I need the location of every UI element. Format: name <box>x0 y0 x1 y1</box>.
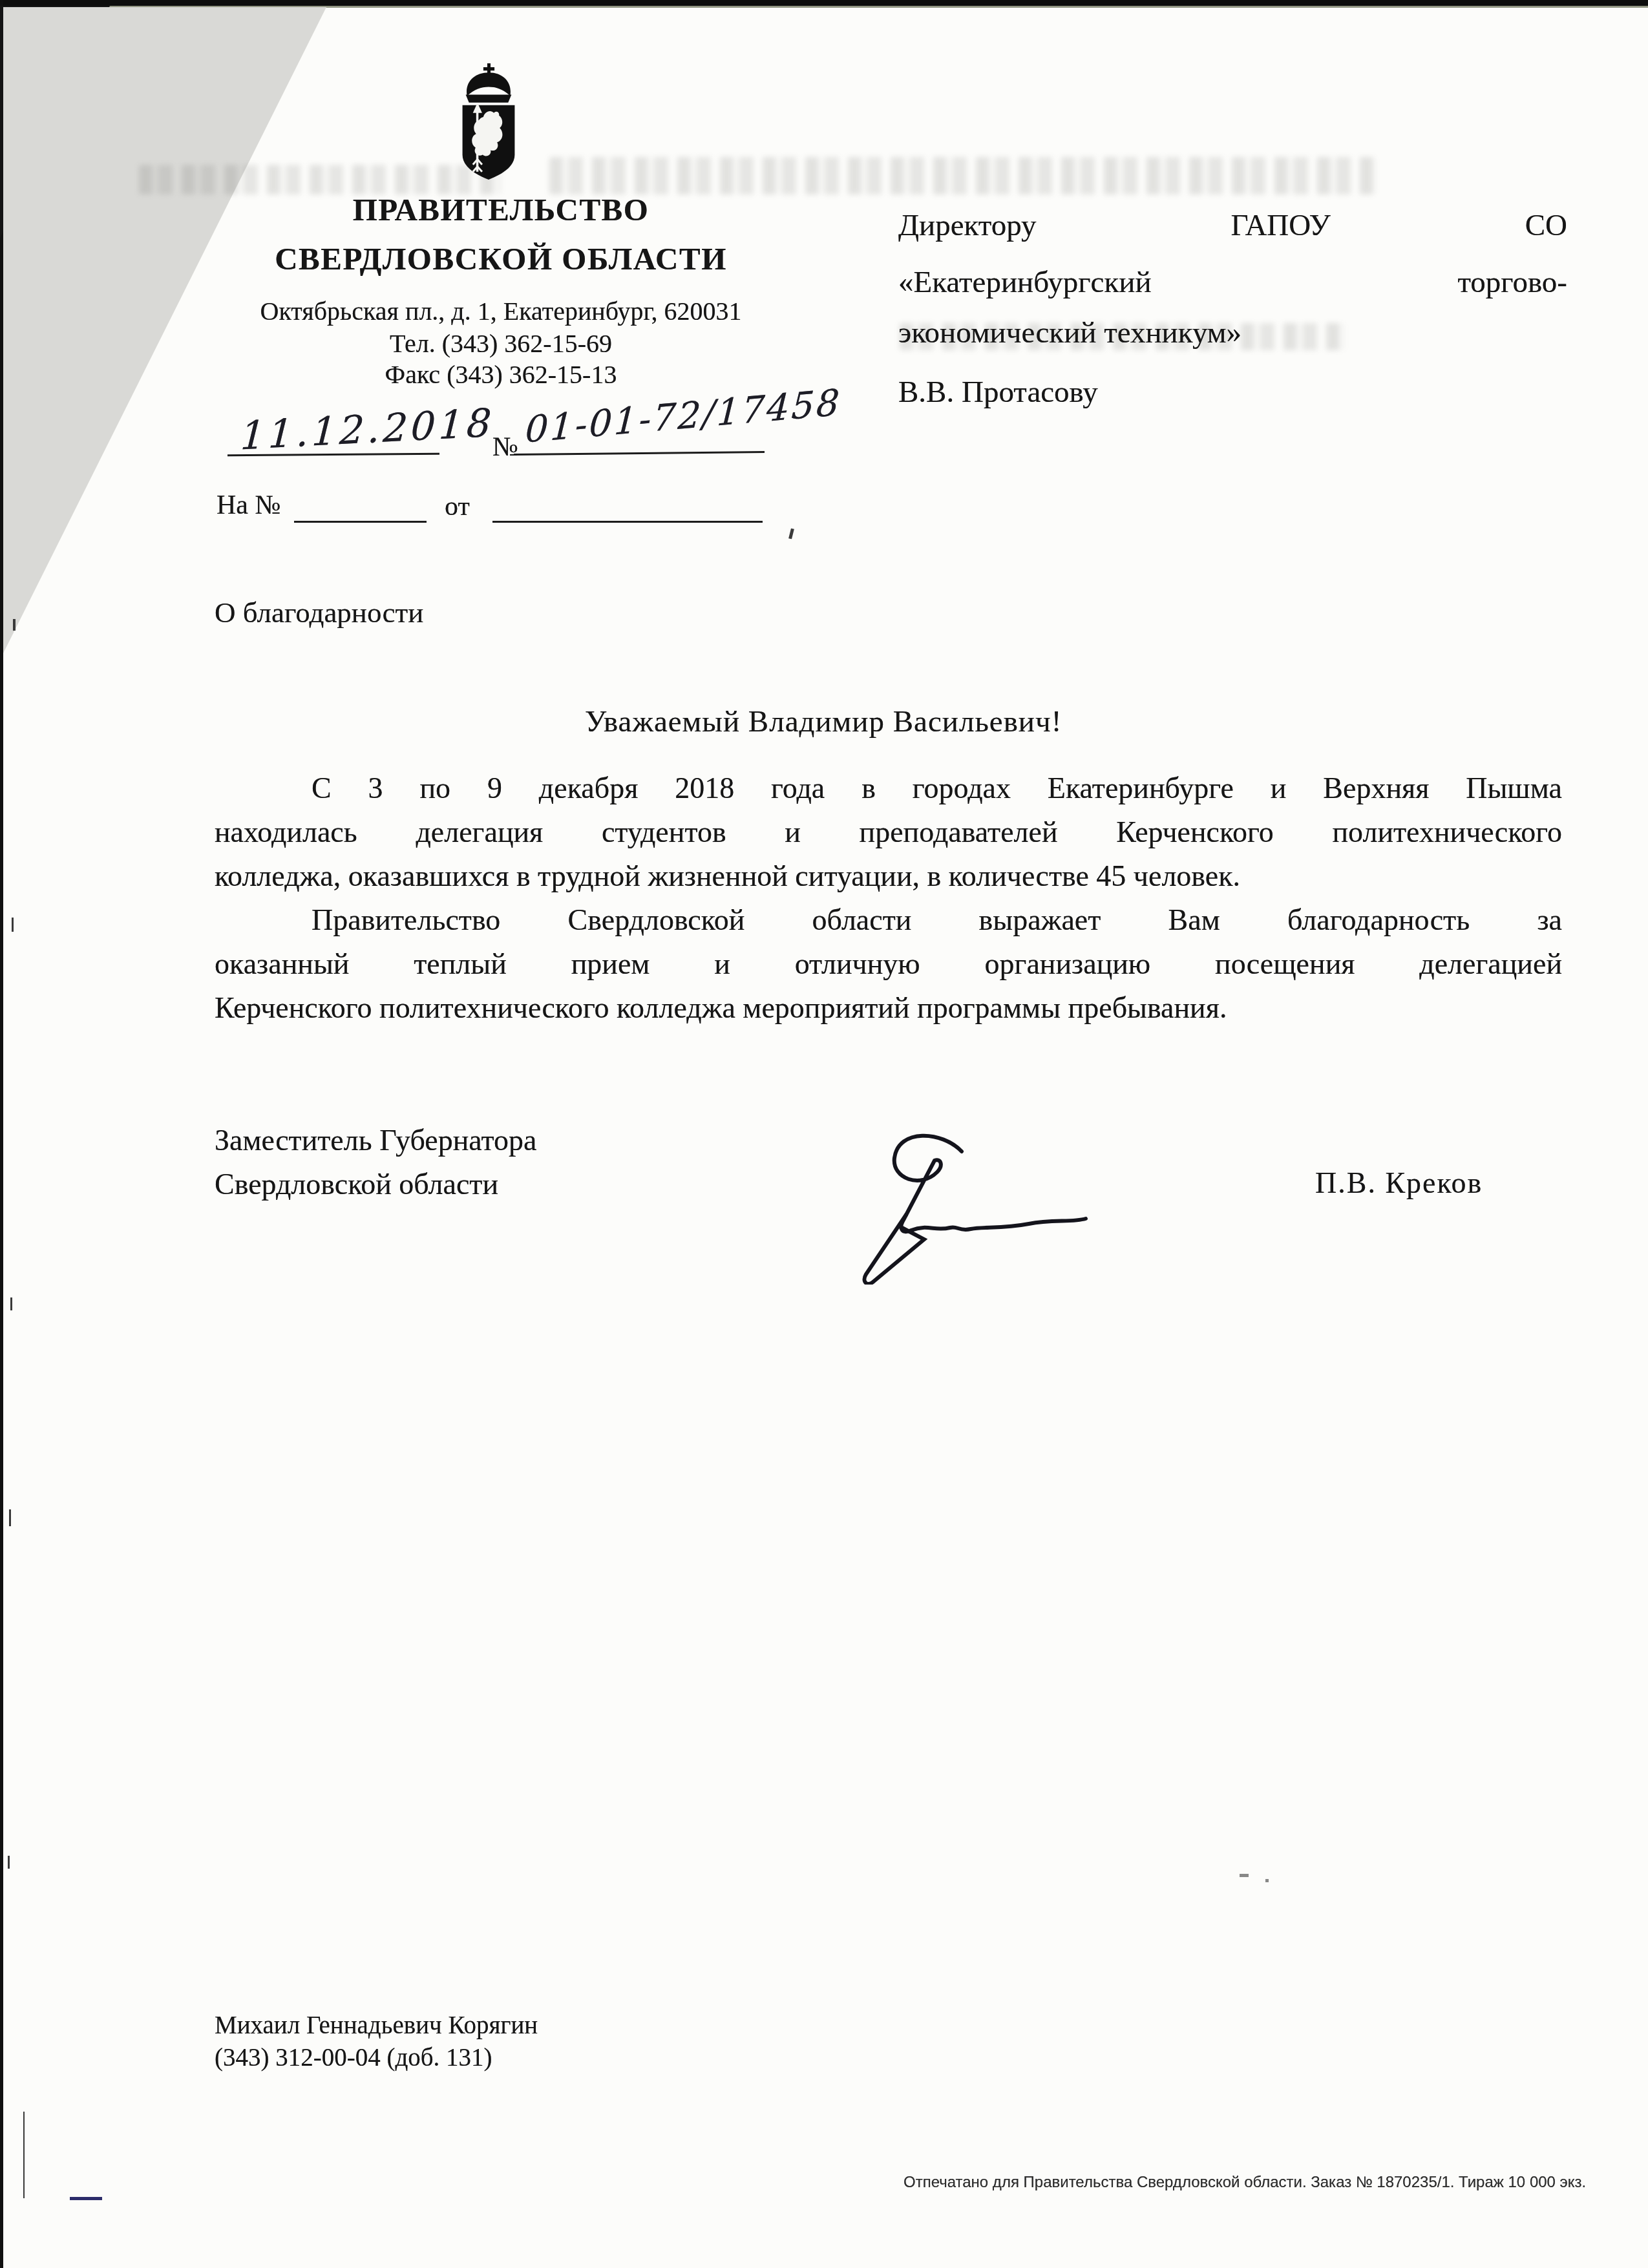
body-text: С 3 по 9 декабря 2018 года в городах Ека… <box>215 766 1562 1030</box>
recipient-word: Директору <box>898 208 1037 243</box>
handwritten-number: 01-01-72/17458 <box>524 381 842 451</box>
body-line: Правительство Свердловской области выраж… <box>215 898 1562 942</box>
coat-of-arms-icon <box>452 62 525 186</box>
body-line: колледжа, оказавшихся в трудной жизненно… <box>215 854 1562 898</box>
reply-no-label: На № <box>217 490 281 521</box>
scan-speck <box>1240 1874 1249 1877</box>
org-name-line2: СВЕРДЛОВСКОЙ ОБЛАСТИ <box>116 240 885 277</box>
scanner-edge-left <box>0 0 3 2268</box>
recipient-word: СО <box>1525 208 1567 243</box>
edge-fold-mark <box>9 1509 11 1526</box>
scan-speck <box>788 529 794 540</box>
scan-hairline <box>23 2112 25 2198</box>
edge-fold-mark <box>8 1856 10 1869</box>
body-line: оказанный теплый прием и отличную органи… <box>215 942 1562 986</box>
scan-speck <box>70 2197 102 2200</box>
recipient-line2: «Екатеринбургский торгово- <box>898 265 1567 300</box>
salutation: Уважаемый Владимир Васильевич! <box>585 704 1062 739</box>
number-label: № <box>492 432 518 463</box>
recipient-line3: экономический техникум» <box>898 315 1567 350</box>
scanner-edge-top <box>0 0 1648 6</box>
recipient-line1: Директору ГАПОУ СО <box>898 208 1567 243</box>
org-name-line1: ПРАВИТЕЛЬСТВО <box>116 191 885 228</box>
body-line: находилась делегация студентов и препода… <box>215 810 1562 854</box>
reply-no-underline <box>294 521 427 523</box>
bleed-through-ghost <box>139 165 501 194</box>
handwritten-signature-icon <box>737 1129 1125 1285</box>
signer-position-line1: Заместитель Губернатора <box>215 1123 536 1157</box>
recipient-word: торгово- <box>1457 265 1567 300</box>
recipient-word: ГАПОУ <box>1231 208 1331 243</box>
signer-position-line2: Свердловской области <box>215 1167 498 1201</box>
subject-line: О благодарности <box>215 596 423 629</box>
number-underline <box>514 451 765 456</box>
edge-fold-mark <box>12 918 14 932</box>
body-line: Керченского политехнического колледжа ме… <box>215 986 1562 1030</box>
recipient-name: В.В. Протасову <box>898 375 1567 410</box>
org-phone: Тел. (343) 362-15-69 <box>116 328 885 359</box>
bleed-through-ghost <box>549 157 1377 194</box>
print-info: Отпечатано для Правительства Свердловско… <box>903 2174 1586 2192</box>
scanned-letter-page: ПРАВИТЕЛЬСТВО СВЕРДЛОВСКОЙ ОБЛАСТИ Октяб… <box>0 0 1648 2268</box>
org-address: Октябрьская пл., д. 1, Екатеринбург, 620… <box>116 296 885 326</box>
executor-name: Михаил Геннадьевич Корягин <box>215 2011 538 2040</box>
org-fax: Факс (343) 362-15-13 <box>116 359 885 390</box>
scan-speck <box>1265 1879 1269 1882</box>
recipient-word: «Екатеринбургский <box>898 265 1152 300</box>
edge-fold-mark <box>10 1297 12 1310</box>
handwritten-date: 11.12.2018 <box>239 401 496 459</box>
executor-phone: (343) 312-00-04 (доб. 131) <box>215 2043 492 2072</box>
edge-fold-mark <box>13 619 16 631</box>
reply-from-underline <box>492 521 763 523</box>
body-line: С 3 по 9 декабря 2018 года в городах Ека… <box>215 766 1562 810</box>
reply-from-label: от <box>445 491 470 522</box>
signer-name: П.В. Креков <box>1315 1166 1483 1200</box>
